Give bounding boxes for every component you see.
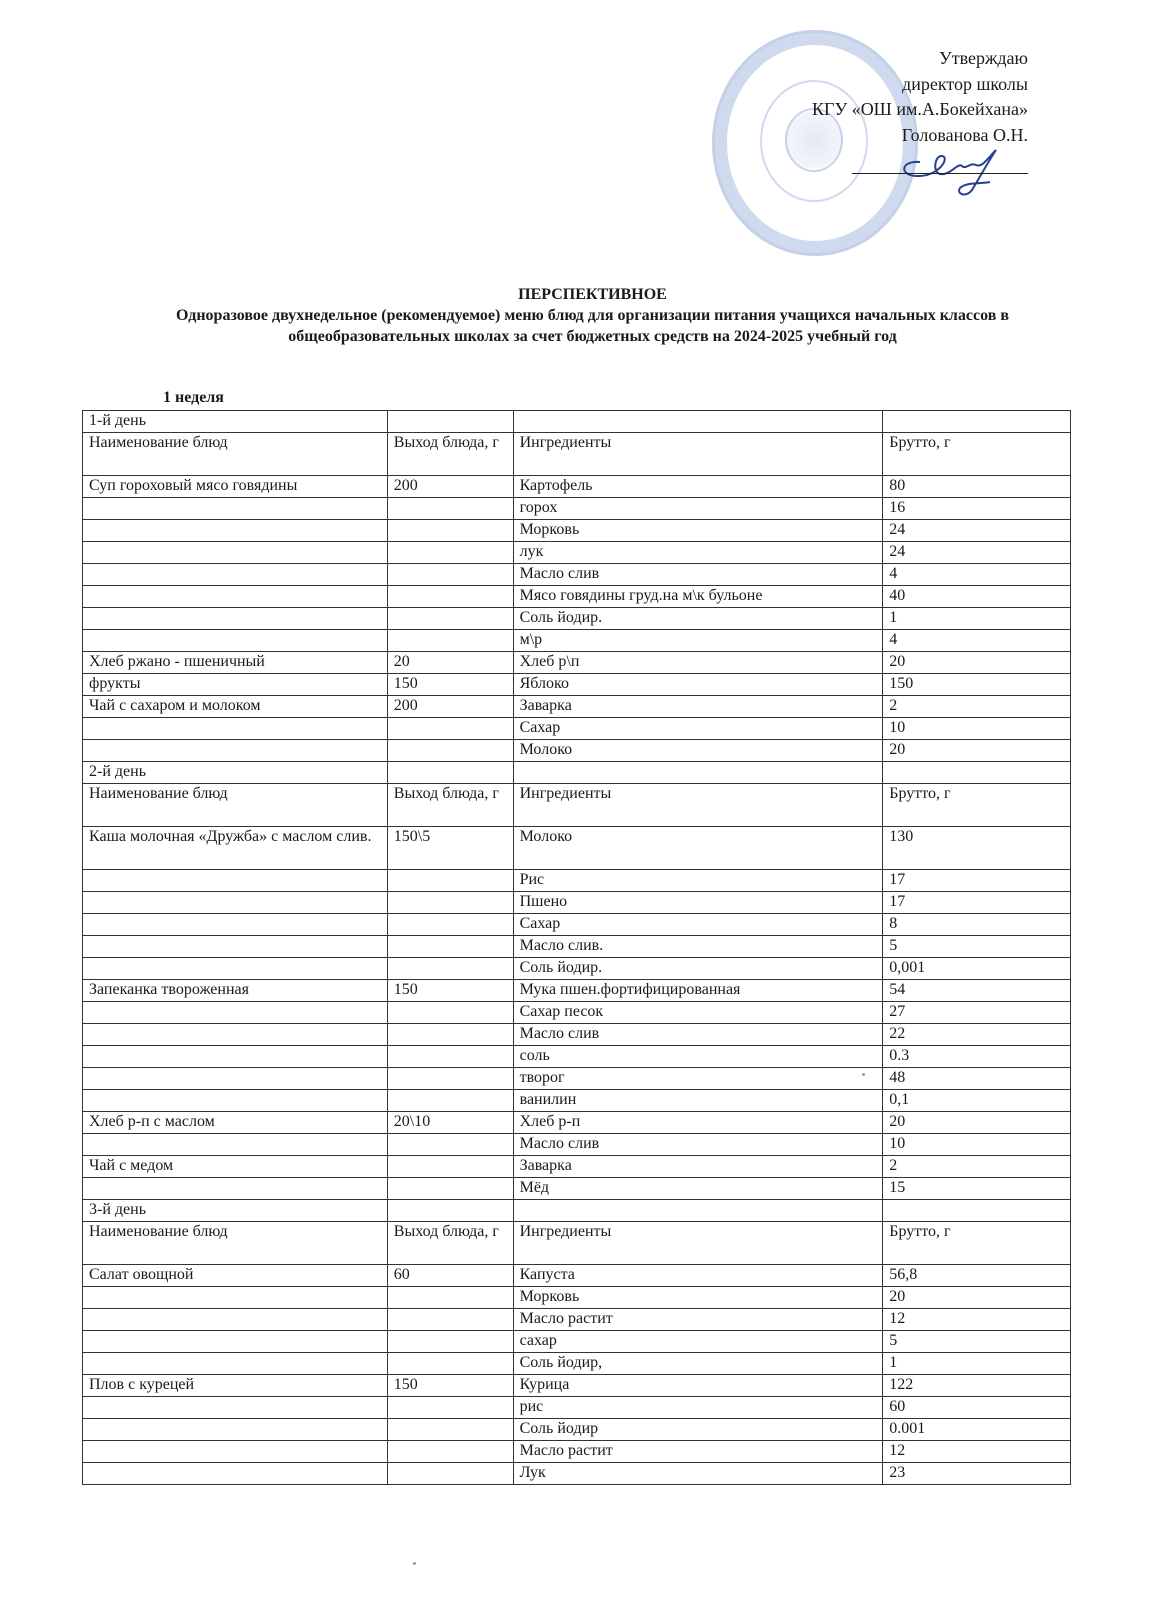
dish-name-cell — [83, 608, 388, 630]
ingredient-cell: Лук — [513, 1463, 883, 1485]
brutto-cell: 122 — [883, 1375, 1071, 1397]
empty-cell — [883, 1200, 1071, 1222]
table-row: сахар5 — [83, 1331, 1071, 1353]
ingredient-cell: лук — [513, 542, 883, 564]
dish-name-cell — [83, 1353, 388, 1375]
day-row: 1-й день — [83, 411, 1071, 433]
ingredient-cell: Капуста — [513, 1265, 883, 1287]
table-row: м\р4 — [83, 630, 1071, 652]
yield-cell — [387, 498, 513, 520]
table-row: Масло растит12 — [83, 1309, 1071, 1331]
dish-name-cell — [83, 1178, 388, 1200]
yield-cell — [387, 1002, 513, 1024]
ingredient-cell: Морковь — [513, 1287, 883, 1309]
table-row: Сахар10 — [83, 718, 1071, 740]
approval-line: Утверждаю — [812, 46, 1028, 72]
table-row: Хлеб р-п с маслом20\10Хлеб р-п20 — [83, 1112, 1071, 1134]
brutto-cell: 130 — [883, 827, 1071, 870]
dish-name-cell — [83, 1309, 388, 1331]
dish-name-cell — [83, 1090, 388, 1112]
column-header-row: Наименование блюдВыход блюда, гИнгредиен… — [83, 1222, 1071, 1265]
yield-cell: 200 — [387, 476, 513, 498]
column-header-yield: Выход блюда, г — [387, 433, 513, 476]
yield-cell — [387, 1178, 513, 1200]
yield-cell — [387, 1331, 513, 1353]
dish-name-cell: Суп гороховый мясо говядины — [83, 476, 388, 498]
brutto-cell: 12 — [883, 1309, 1071, 1331]
dish-name-cell — [83, 870, 388, 892]
dish-name-cell — [83, 936, 388, 958]
menu-table: 1-й деньНаименование блюдВыход блюда, гИ… — [82, 410, 1071, 1485]
table-row: Морковь24 — [83, 520, 1071, 542]
approval-line: КГУ «ОШ им.А.Бокейхана» — [812, 97, 1028, 123]
ingredient-cell: Соль йодир. — [513, 608, 883, 630]
yield-cell: 150 — [387, 1375, 513, 1397]
title-heading: ПЕРСПЕКТИВНОЕ — [140, 284, 1045, 305]
brutto-cell: 20 — [883, 652, 1071, 674]
dish-name-cell: Хлеб ржано - пшеничный — [83, 652, 388, 674]
dish-name-cell — [83, 1397, 388, 1419]
yield-cell — [387, 1134, 513, 1156]
yield-cell: 150 — [387, 980, 513, 1002]
empty-cell — [387, 1200, 513, 1222]
ingredient-cell: м\р — [513, 630, 883, 652]
dish-name-cell — [83, 1441, 388, 1463]
day-label: 2-й день — [83, 762, 388, 784]
signature-line — [852, 173, 1028, 174]
ingredient-cell: Масло слив. — [513, 936, 883, 958]
brutto-cell: 17 — [883, 892, 1071, 914]
table-row: Чай с медомЗаварка2 — [83, 1156, 1071, 1178]
yield-cell — [387, 520, 513, 542]
table-row: Мясо говядины груд.на м\к бульоне40 — [83, 586, 1071, 608]
yield-cell — [387, 1419, 513, 1441]
yield-cell: 20 — [387, 652, 513, 674]
scan-speck — [862, 1073, 865, 1076]
table-row: фрукты150Яблоко150 — [83, 674, 1071, 696]
brutto-cell: 23 — [883, 1463, 1071, 1485]
brutto-cell: 27 — [883, 1002, 1071, 1024]
brutto-cell: 5 — [883, 936, 1071, 958]
table-row: Рис17 — [83, 870, 1071, 892]
ingredient-cell: Молоко — [513, 827, 883, 870]
table-row: Чай с сахаром и молоком200Заварка2 — [83, 696, 1071, 718]
column-header-brutto: Брутто, г — [883, 1222, 1071, 1265]
table-row: Масло слив4 — [83, 564, 1071, 586]
brutto-cell: 54 — [883, 980, 1071, 1002]
column-header-row: Наименование блюдВыход блюда, гИнгредиен… — [83, 433, 1071, 476]
yield-cell — [387, 740, 513, 762]
yield-cell — [387, 1090, 513, 1112]
ingredient-cell: Курица — [513, 1375, 883, 1397]
column-header-ingredients: Ингредиенты — [513, 784, 883, 827]
ingredient-cell: Картофель — [513, 476, 883, 498]
brutto-cell: 20 — [883, 1287, 1071, 1309]
yield-cell — [387, 608, 513, 630]
brutto-cell: 4 — [883, 630, 1071, 652]
column-header-ingredients: Ингредиенты — [513, 433, 883, 476]
brutto-cell: 10 — [883, 1134, 1071, 1156]
ingredient-cell: Сахар — [513, 914, 883, 936]
yield-cell — [387, 630, 513, 652]
brutto-cell: 56,8 — [883, 1265, 1071, 1287]
yield-cell — [387, 564, 513, 586]
ingredient-cell: Молоко — [513, 740, 883, 762]
approval-line: директор школы — [812, 72, 1028, 98]
brutto-cell: 40 — [883, 586, 1071, 608]
table-row: Пшено17 — [83, 892, 1071, 914]
dish-name-cell: Чай с сахаром и молоком — [83, 696, 388, 718]
column-header-dish: Наименование блюд — [83, 1222, 388, 1265]
ingredient-cell: Сахар песок — [513, 1002, 883, 1024]
ingredient-cell: Хлеб р\п — [513, 652, 883, 674]
yield-cell — [387, 1309, 513, 1331]
brutto-cell: 80 — [883, 476, 1071, 498]
ingredient-cell: Заварка — [513, 1156, 883, 1178]
brutto-cell: 24 — [883, 542, 1071, 564]
ingredient-cell: Масло слив — [513, 1134, 883, 1156]
dish-name-cell: Плов с курецей — [83, 1375, 388, 1397]
empty-cell — [387, 762, 513, 784]
dish-name-cell — [83, 958, 388, 980]
dish-name-cell — [83, 740, 388, 762]
title-subtitle: Одноразовое двухнедельное (рекомендуемое… — [140, 305, 1045, 347]
brutto-cell: 4 — [883, 564, 1071, 586]
brutto-cell: 17 — [883, 870, 1071, 892]
yield-cell — [387, 1156, 513, 1178]
empty-cell — [883, 411, 1071, 433]
brutto-cell: 48 — [883, 1068, 1071, 1090]
column-header-row: Наименование блюдВыход блюда, гИнгредиен… — [83, 784, 1071, 827]
dish-name-cell: Каша молочная «Дружба» с маслом слив. — [83, 827, 388, 870]
ingredient-cell: сахар — [513, 1331, 883, 1353]
dish-name-cell — [83, 498, 388, 520]
yield-cell — [387, 1441, 513, 1463]
yield-cell — [387, 1024, 513, 1046]
table-row: Сахар песок27 — [83, 1002, 1071, 1024]
yield-cell — [387, 542, 513, 564]
column-header-dish: Наименование блюд — [83, 433, 388, 476]
table-row: горох16 — [83, 498, 1071, 520]
ingredient-cell: Морковь — [513, 520, 883, 542]
table-row: творог48 — [83, 1068, 1071, 1090]
ingredient-cell: Заварка — [513, 696, 883, 718]
table-row: Плов с курецей150Курица122 — [83, 1375, 1071, 1397]
yield-cell: 60 — [387, 1265, 513, 1287]
table-row: Мёд15 — [83, 1178, 1071, 1200]
dish-name-cell — [83, 1287, 388, 1309]
brutto-cell: 1 — [883, 1353, 1071, 1375]
yield-cell: 20\10 — [387, 1112, 513, 1134]
dish-name-cell — [83, 520, 388, 542]
table-row: рис60 — [83, 1397, 1071, 1419]
brutto-cell: 2 — [883, 1156, 1071, 1178]
dish-name-cell — [83, 718, 388, 740]
column-header-dish: Наименование блюд — [83, 784, 388, 827]
column-header-brutto: Брутто, г — [883, 784, 1071, 827]
ingredient-cell: Масло растит — [513, 1309, 883, 1331]
yield-cell: 150 — [387, 674, 513, 696]
empty-cell — [513, 762, 883, 784]
brutto-cell: 20 — [883, 740, 1071, 762]
table-row: Масло растит12 — [83, 1441, 1071, 1463]
brutto-cell: 0.3 — [883, 1046, 1071, 1068]
dish-name-cell — [83, 1463, 388, 1485]
yield-cell — [387, 1463, 513, 1485]
yield-cell — [387, 936, 513, 958]
dish-name-cell — [83, 914, 388, 936]
dish-name-cell: фрукты — [83, 674, 388, 696]
document-title: ПЕРСПЕКТИВНОЕ Одноразовое двухнедельное … — [140, 284, 1045, 347]
day-label: 3-й день — [83, 1200, 388, 1222]
ingredient-cell: Мясо говядины груд.на м\к бульоне — [513, 586, 883, 608]
dish-name-cell — [83, 542, 388, 564]
day-row: 2-й день — [83, 762, 1071, 784]
yield-cell — [387, 958, 513, 980]
ingredient-cell: Рис — [513, 870, 883, 892]
yield-cell: 150\5 — [387, 827, 513, 870]
column-header-yield: Выход блюда, г — [387, 784, 513, 827]
brutto-cell: 22 — [883, 1024, 1071, 1046]
yield-cell — [387, 870, 513, 892]
brutto-cell: 60 — [883, 1397, 1071, 1419]
dish-name-cell: Салат овощной — [83, 1265, 388, 1287]
ingredient-cell: Соль йодир — [513, 1419, 883, 1441]
dish-name-cell — [83, 1068, 388, 1090]
table-row: Хлеб ржано - пшеничный20Хлеб р\п20 — [83, 652, 1071, 674]
yield-cell — [387, 914, 513, 936]
empty-cell — [513, 1200, 883, 1222]
ingredient-cell: творог — [513, 1068, 883, 1090]
brutto-cell: 150 — [883, 674, 1071, 696]
brutto-cell: 24 — [883, 520, 1071, 542]
empty-cell — [883, 762, 1071, 784]
ingredient-cell: Пшено — [513, 892, 883, 914]
column-header-ingredients: Ингредиенты — [513, 1222, 883, 1265]
table-row: Морковь20 — [83, 1287, 1071, 1309]
dish-name-cell: Чай с медом — [83, 1156, 388, 1178]
ingredient-cell: Мёд — [513, 1178, 883, 1200]
ingredient-cell: соль — [513, 1046, 883, 1068]
ingredient-cell: Мука пшен.фортифицированная — [513, 980, 883, 1002]
yield-cell — [387, 586, 513, 608]
column-header-yield: Выход блюда, г — [387, 1222, 513, 1265]
empty-cell — [513, 411, 883, 433]
table-row: лук24 — [83, 542, 1071, 564]
day-label: 1-й день — [83, 411, 388, 433]
brutto-cell: 5 — [883, 1331, 1071, 1353]
brutto-cell: 0,001 — [883, 958, 1071, 980]
day-row: 3-й день — [83, 1200, 1071, 1222]
ingredient-cell: Яблоко — [513, 674, 883, 696]
column-header-brutto: Брутто, г — [883, 433, 1071, 476]
table-row: Суп гороховый мясо говядины200Картофель8… — [83, 476, 1071, 498]
dish-name-cell — [83, 1419, 388, 1441]
brutto-cell: 1 — [883, 608, 1071, 630]
brutto-cell: 2 — [883, 696, 1071, 718]
table-row: Сахар8 — [83, 914, 1071, 936]
dish-name-cell — [83, 1331, 388, 1353]
table-row: соль0.3 — [83, 1046, 1071, 1068]
brutto-cell: 12 — [883, 1441, 1071, 1463]
table-row: Масло слив.5 — [83, 936, 1071, 958]
dish-name-cell — [83, 586, 388, 608]
table-row: Запеканка твороженная150Мука пшен.фортиф… — [83, 980, 1071, 1002]
brutto-cell: 0,1 — [883, 1090, 1071, 1112]
brutto-cell: 10 — [883, 718, 1071, 740]
dish-name-cell — [83, 1046, 388, 1068]
table-row: Соль йодир.0,001 — [83, 958, 1071, 980]
dish-name-cell — [83, 1024, 388, 1046]
dish-name-cell — [83, 564, 388, 586]
table-row: Соль йодир0.001 — [83, 1419, 1071, 1441]
dish-name-cell: Запеканка твороженная — [83, 980, 388, 1002]
table-row: Соль йодир,1 — [83, 1353, 1071, 1375]
ingredient-cell: ванилин — [513, 1090, 883, 1112]
yield-cell: 200 — [387, 696, 513, 718]
brutto-cell: 16 — [883, 498, 1071, 520]
brutto-cell: 8 — [883, 914, 1071, 936]
ingredient-cell: Хлеб р-п — [513, 1112, 883, 1134]
table-row: Салат овощной60Капуста56,8 — [83, 1265, 1071, 1287]
brutto-cell: 20 — [883, 1112, 1071, 1134]
dish-name-cell: Хлеб р-п с маслом — [83, 1112, 388, 1134]
week-label: 1 неделя — [163, 389, 224, 407]
yield-cell — [387, 892, 513, 914]
table-row: Соль йодир.1 — [83, 608, 1071, 630]
yield-cell — [387, 1046, 513, 1068]
empty-cell — [387, 411, 513, 433]
table-row: Молоко20 — [83, 740, 1071, 762]
table-row: ванилин0,1 — [83, 1090, 1071, 1112]
ingredient-cell: Масло растит — [513, 1441, 883, 1463]
dish-name-cell — [83, 1134, 388, 1156]
table-row: Масло слив22 — [83, 1024, 1071, 1046]
signature-icon — [880, 132, 1020, 202]
table-row: Каша молочная «Дружба» с маслом слив.150… — [83, 827, 1071, 870]
table-row: Масло слив10 — [83, 1134, 1071, 1156]
yield-cell — [387, 1353, 513, 1375]
brutto-cell: 0.001 — [883, 1419, 1071, 1441]
dish-name-cell — [83, 892, 388, 914]
brutto-cell: 15 — [883, 1178, 1071, 1200]
ingredient-cell: Сахар — [513, 718, 883, 740]
yield-cell — [387, 1397, 513, 1419]
ingredient-cell: горох — [513, 498, 883, 520]
ingredient-cell: Соль йодир, — [513, 1353, 883, 1375]
ingredient-cell: Масло слив — [513, 564, 883, 586]
ingredient-cell: рис — [513, 1397, 883, 1419]
yield-cell — [387, 1287, 513, 1309]
ingredient-cell: Масло слив — [513, 1024, 883, 1046]
yield-cell — [387, 1068, 513, 1090]
ingredient-cell: Соль йодир. — [513, 958, 883, 980]
dish-name-cell — [83, 1002, 388, 1024]
yield-cell — [387, 718, 513, 740]
dish-name-cell — [83, 630, 388, 652]
table-row: Лук23 — [83, 1463, 1071, 1485]
scan-speck — [413, 1562, 416, 1565]
